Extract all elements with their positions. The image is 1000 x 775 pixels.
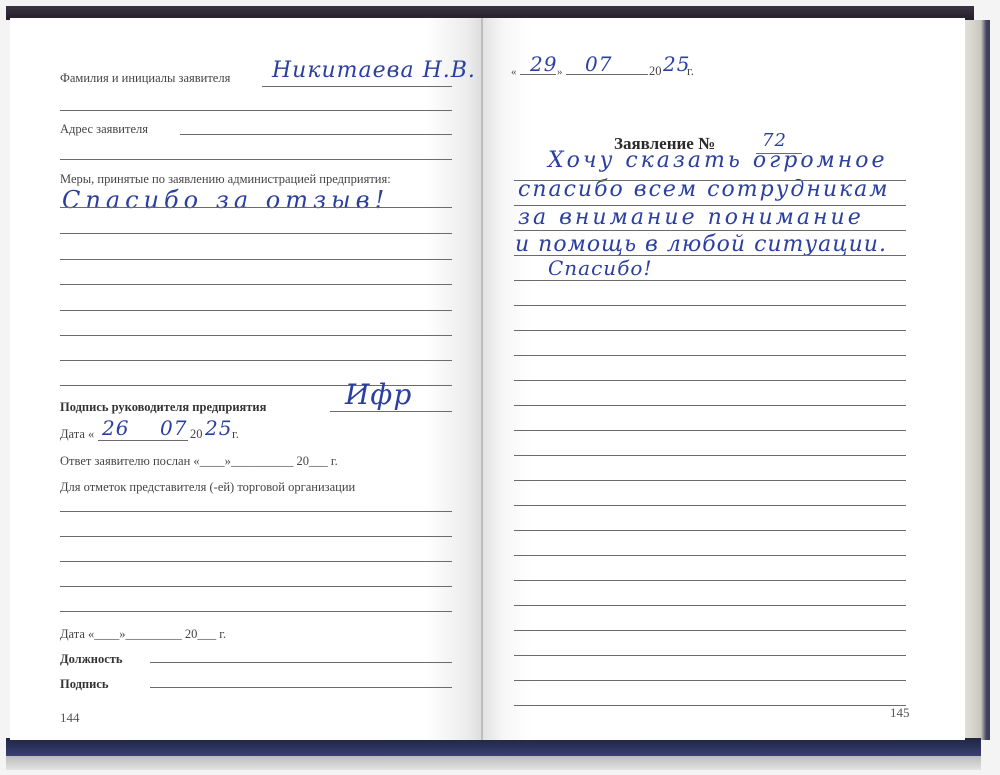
statement-line: за внимание понимание <box>518 205 864 230</box>
right-page <box>483 18 965 740</box>
signature-line[interactable] <box>150 687 452 688</box>
date-month-line <box>566 74 648 75</box>
statement-rule-line <box>514 180 906 181</box>
marks-line[interactable] <box>60 536 452 537</box>
date-day-line <box>520 74 556 75</box>
manager-signature[interactable]: Ифр <box>345 378 412 411</box>
statement-rule-line <box>514 680 906 681</box>
applicant-name-line-2 <box>60 110 452 111</box>
marks-line[interactable] <box>60 511 452 512</box>
statement-rule-line <box>514 355 906 356</box>
page-number-right: 145 <box>890 705 910 721</box>
reply-sent-label: Ответ заявителю послан «____»__________ … <box>60 454 338 469</box>
date-month[interactable]: 07 <box>160 416 187 440</box>
manager-signature-label: Подпись руководителя предприятия <box>60 400 266 415</box>
book-shadow <box>6 756 981 770</box>
statement-rule-line <box>514 630 906 631</box>
statement-date-year-end: г. <box>687 64 694 79</box>
statement-rule-line <box>514 405 906 406</box>
statement-rule-line <box>514 305 906 306</box>
measures-line <box>60 259 452 260</box>
statement-rule-line <box>514 330 906 331</box>
statement-rule-line <box>514 455 906 456</box>
measures-label: Меры, принятые по заявлению администраци… <box>60 172 391 187</box>
measures-value[interactable]: Спасибо за отзыв! <box>62 186 389 214</box>
marks-line[interactable] <box>60 561 452 562</box>
statement-rule-line <box>514 255 906 256</box>
marks-label: Для отметок представителя (-ей) торговой… <box>60 480 355 495</box>
applicant-name-label: Фамилия и инициалы заявителя <box>60 71 230 86</box>
date-close-quote: » <box>557 66 563 78</box>
date-year-end: г. <box>232 427 239 442</box>
measures-line <box>60 335 452 336</box>
position-label: Должность <box>60 652 123 667</box>
date-open-quote: « <box>511 66 517 78</box>
applicant-name-value[interactable]: Никитаева Н.В. <box>272 58 476 83</box>
statement-rule-line <box>514 205 906 206</box>
measures-line <box>60 207 452 208</box>
manager-signature-line <box>330 411 452 412</box>
address-line[interactable] <box>180 134 452 135</box>
date-day[interactable]: 26 <box>102 416 129 440</box>
measures-line <box>60 360 452 361</box>
measures-line <box>60 284 452 285</box>
book-cover-bottom <box>6 738 981 756</box>
address-line-2[interactable] <box>60 159 452 160</box>
statement-rule-line <box>514 655 906 656</box>
statement-line: Хочу сказать огромное <box>548 148 888 173</box>
statement-rule-line <box>514 505 906 506</box>
date-year-suffix[interactable]: 25 <box>205 416 232 440</box>
measures-line <box>60 310 452 311</box>
address-label: Адрес заявителя <box>60 122 148 137</box>
statement-line: и помощь в любой ситуации. <box>515 232 887 257</box>
statement-rule-line <box>514 705 906 706</box>
statement-rule-line <box>514 280 906 281</box>
statement-rule-line <box>514 555 906 556</box>
statement-rule-line <box>514 380 906 381</box>
statement-line: Спасибо! <box>548 256 652 280</box>
date-day-month-line <box>98 440 188 441</box>
marks-line[interactable] <box>60 611 452 612</box>
measures-line <box>60 233 452 234</box>
statement-rule-line <box>514 230 906 231</box>
statement-rule-line <box>514 430 906 431</box>
statement-rule-line <box>514 605 906 606</box>
statement-date-year-prefix: 20 <box>649 64 662 79</box>
applicant-name-line <box>262 86 452 87</box>
statement-date-day[interactable]: 29 <box>530 52 557 76</box>
marks-line[interactable] <box>60 586 452 587</box>
statement-rule-line <box>514 580 906 581</box>
date-label: Дата « <box>60 427 94 442</box>
statement-rule-line <box>514 480 906 481</box>
position-line[interactable] <box>150 662 452 663</box>
signature-label: Подпись <box>60 677 109 692</box>
statement-rule-line <box>514 530 906 531</box>
page-number-left: 144 <box>60 710 80 726</box>
date-year-prefix: 20 <box>190 427 203 442</box>
date2-label: Дата «____»_________ 20___ г. <box>60 627 226 642</box>
statement-date-month[interactable]: 07 <box>585 52 612 76</box>
